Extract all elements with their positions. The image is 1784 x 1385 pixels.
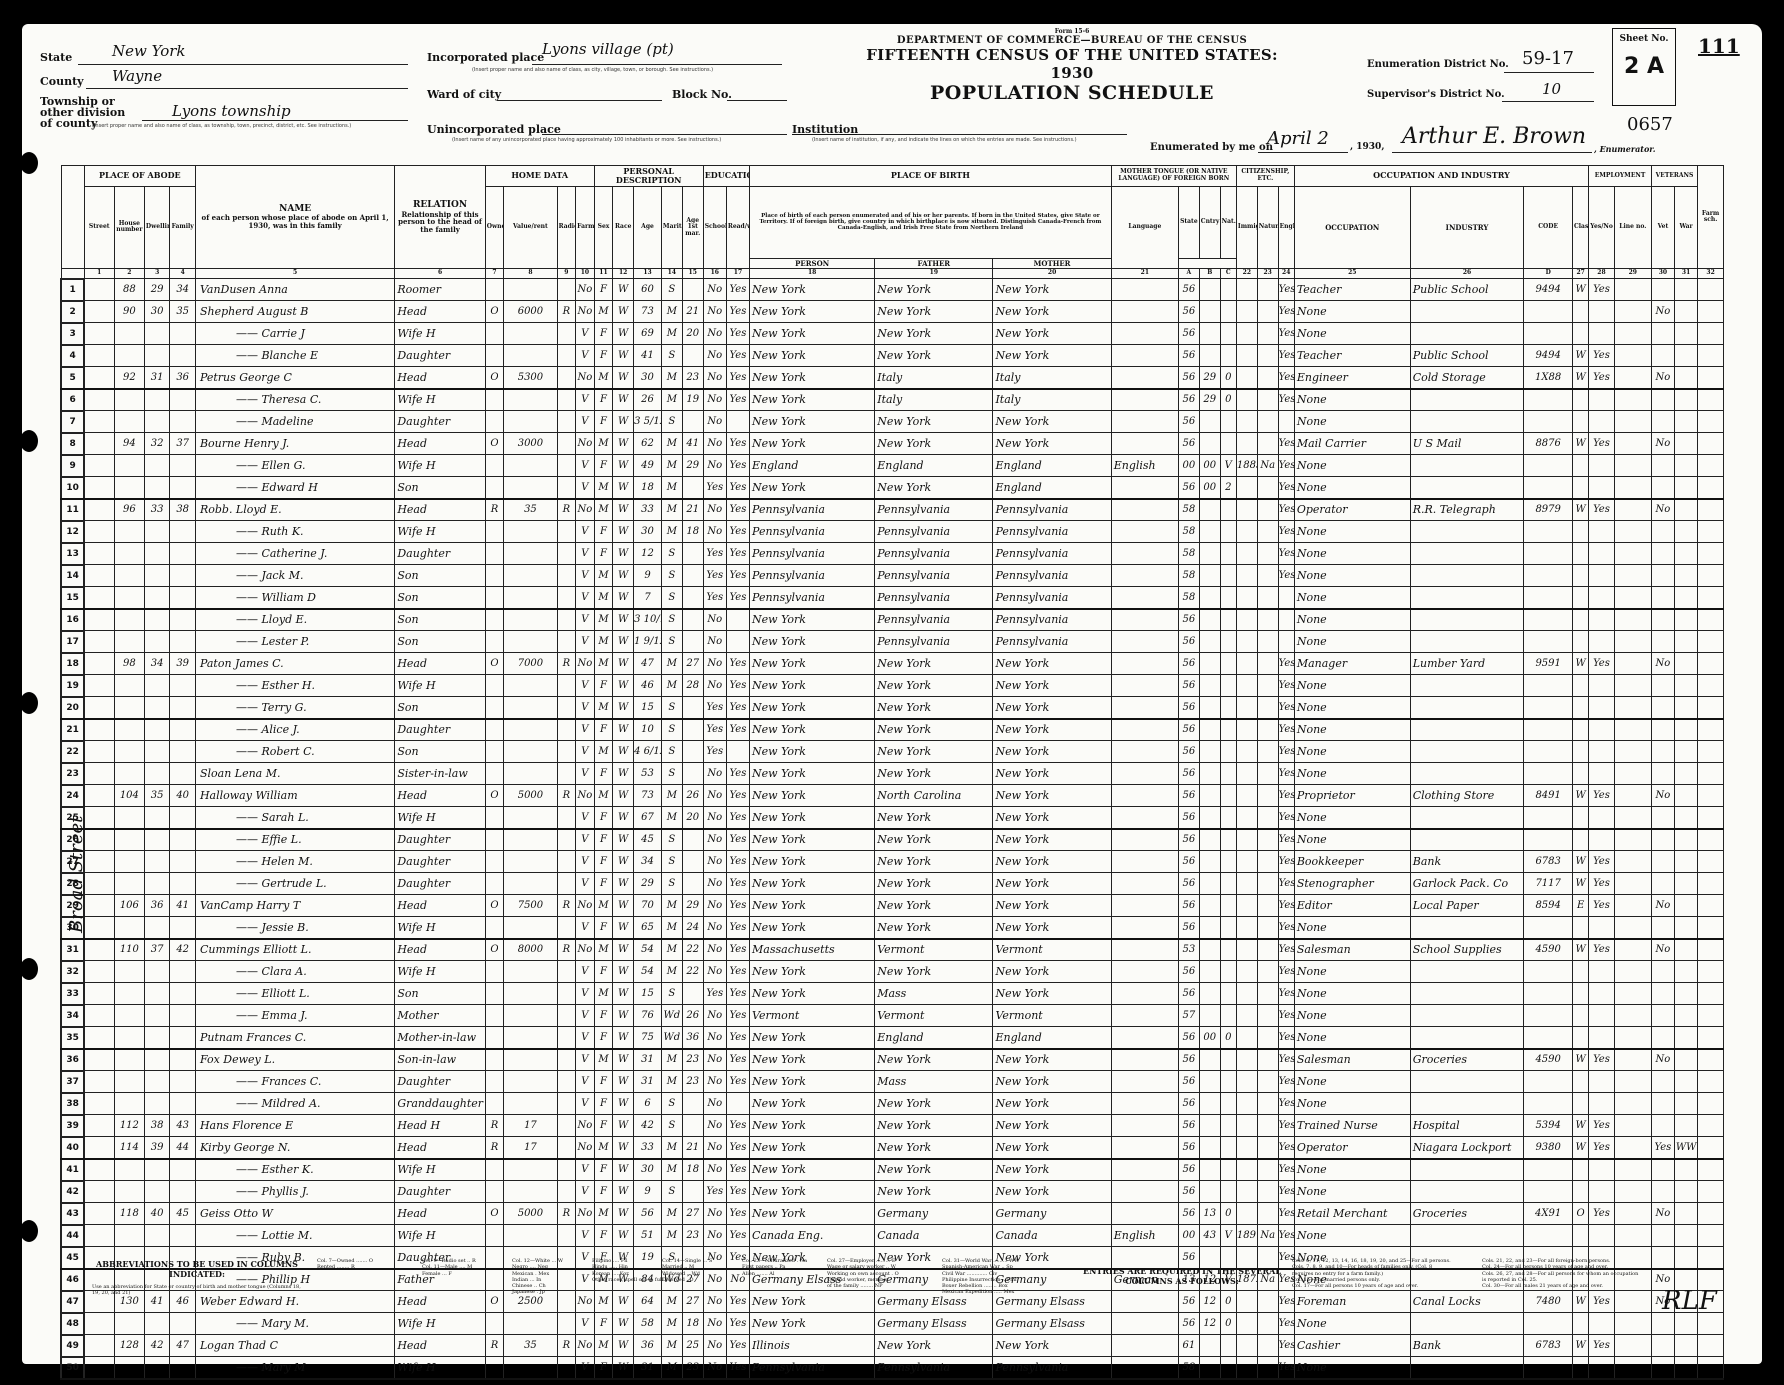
dwelling-number bbox=[144, 917, 170, 939]
farm-schedule bbox=[1698, 1225, 1724, 1247]
relation: Wife H bbox=[395, 1225, 485, 1247]
table-row: 9—— Ellen G.Wife HVFW49M29NoYesEnglandEn… bbox=[61, 455, 1724, 477]
speaks-english: Yes bbox=[1278, 345, 1294, 367]
age: 76 bbox=[634, 1005, 662, 1027]
street-cell bbox=[84, 1335, 114, 1357]
immigration-year bbox=[1236, 631, 1257, 653]
code-b: 43 bbox=[1199, 1225, 1220, 1247]
naturalization bbox=[1257, 1115, 1278, 1137]
employment-header: EMPLOYMENT bbox=[1589, 166, 1652, 187]
unemployment-line bbox=[1614, 521, 1651, 543]
marital-status: M bbox=[661, 389, 682, 411]
family-number bbox=[170, 345, 196, 367]
farm-flag: V bbox=[576, 1049, 595, 1071]
department: DEPARTMENT OF COMMERCE—BUREAU OF THE CEN… bbox=[842, 35, 1302, 46]
home-value bbox=[504, 961, 557, 983]
read-write: Yes bbox=[726, 1027, 749, 1049]
radio-set bbox=[557, 829, 576, 851]
birthplace-father: England bbox=[875, 1027, 993, 1049]
worker-class bbox=[1573, 455, 1589, 477]
employed bbox=[1589, 1313, 1615, 1335]
family-number bbox=[170, 1071, 196, 1093]
sex: F bbox=[594, 807, 613, 829]
employed bbox=[1589, 521, 1615, 543]
farm-schedule bbox=[1698, 785, 1724, 807]
mother-tongue bbox=[1111, 1093, 1178, 1115]
school-attendance: No bbox=[703, 279, 726, 301]
street-cell bbox=[84, 675, 114, 697]
code-b bbox=[1199, 1357, 1220, 1379]
home-value bbox=[504, 807, 557, 829]
marital-status: M bbox=[661, 367, 682, 389]
age: 3 10/12 bbox=[634, 609, 662, 631]
unemployment-line bbox=[1614, 873, 1651, 895]
column-number: B bbox=[1199, 269, 1220, 279]
employed bbox=[1589, 1005, 1615, 1027]
col-code-c: Nat. bbox=[1220, 186, 1236, 258]
punch-hole bbox=[20, 152, 38, 174]
code-a: 58 bbox=[1178, 565, 1199, 587]
school-attendance: No bbox=[703, 917, 726, 939]
marital-status: S bbox=[661, 851, 682, 873]
state-label: State bbox=[40, 51, 72, 64]
street-cell bbox=[84, 543, 114, 565]
house-number bbox=[114, 1005, 144, 1027]
occupation-code bbox=[1524, 609, 1573, 631]
naturalization bbox=[1257, 917, 1278, 939]
relation: Head bbox=[395, 367, 485, 389]
house-number: 92 bbox=[114, 367, 144, 389]
age-first-marriage bbox=[682, 345, 703, 367]
code-a: 56 bbox=[1178, 1203, 1199, 1225]
farm-flag: No bbox=[576, 499, 595, 521]
veteran: No bbox=[1651, 367, 1674, 389]
line-number: 20 bbox=[61, 697, 84, 719]
read-write: Yes bbox=[726, 1335, 749, 1357]
family-number: 43 bbox=[170, 1115, 196, 1137]
age: 54 bbox=[634, 939, 662, 961]
school-attendance: Yes bbox=[703, 741, 726, 763]
marital-status: S bbox=[661, 697, 682, 719]
code-b bbox=[1199, 763, 1220, 785]
read-write: Yes bbox=[726, 1005, 749, 1027]
radio-set bbox=[557, 521, 576, 543]
unemployment-line bbox=[1614, 1203, 1651, 1225]
code-b bbox=[1199, 961, 1220, 983]
sex: M bbox=[594, 785, 613, 807]
farm-schedule bbox=[1698, 631, 1724, 653]
enumerator-code: 0657 bbox=[1627, 114, 1673, 135]
house-number bbox=[114, 851, 144, 873]
punch-hole bbox=[20, 958, 38, 980]
age: 36 bbox=[634, 1335, 662, 1357]
industry bbox=[1410, 565, 1524, 587]
dwelling-number bbox=[144, 961, 170, 983]
line-number: 43 bbox=[61, 1203, 84, 1225]
war bbox=[1675, 851, 1698, 873]
birthplace-mother: New York bbox=[993, 411, 1111, 433]
age-first-marriage: 28 bbox=[682, 675, 703, 697]
code-c: 2 bbox=[1220, 477, 1236, 499]
radio-set: R bbox=[557, 1335, 576, 1357]
industry bbox=[1410, 1005, 1524, 1027]
radio-set bbox=[557, 1005, 576, 1027]
column-number: 19 bbox=[875, 269, 993, 279]
marital-status: S bbox=[661, 609, 682, 631]
farm-schedule bbox=[1698, 1027, 1724, 1049]
birthplace-person: New York bbox=[750, 609, 875, 631]
birthplace-father: New York bbox=[875, 719, 993, 741]
occupation: None bbox=[1294, 1093, 1410, 1115]
age: 70 bbox=[634, 895, 662, 917]
table-row: 22—— Robert C.SonVMW4 6/12SYesNew YorkNe… bbox=[61, 741, 1724, 763]
line-number: 5 bbox=[61, 367, 84, 389]
occupation: Operator bbox=[1294, 499, 1410, 521]
line-number: 39 bbox=[61, 1115, 84, 1137]
unemployment-line bbox=[1614, 433, 1651, 455]
naturalization bbox=[1257, 609, 1278, 631]
war bbox=[1675, 653, 1698, 675]
employed: Yes bbox=[1589, 345, 1615, 367]
house-number: 114 bbox=[114, 1137, 144, 1159]
occupation: Teacher bbox=[1294, 279, 1410, 301]
veteran: No bbox=[1651, 653, 1674, 675]
worker-class: W bbox=[1573, 1137, 1589, 1159]
veteran: No bbox=[1651, 499, 1674, 521]
mother-tongue bbox=[1111, 1357, 1178, 1379]
relation: Head bbox=[395, 433, 485, 455]
employed bbox=[1589, 389, 1615, 411]
veteran: Yes bbox=[1651, 1137, 1674, 1159]
home-tenure bbox=[485, 477, 504, 499]
person-name: Logan Thad C bbox=[195, 1335, 394, 1357]
radio-set bbox=[557, 1071, 576, 1093]
column-number: 10 bbox=[576, 269, 595, 279]
read-write: Yes bbox=[726, 763, 749, 785]
industry bbox=[1410, 829, 1524, 851]
birthplace-father: Vermont bbox=[875, 939, 993, 961]
war bbox=[1675, 345, 1698, 367]
birthplace-father: Germany Elsass bbox=[875, 1313, 993, 1335]
marital-status: M bbox=[661, 477, 682, 499]
birthplace-mother: Pennsylvania bbox=[993, 1357, 1111, 1379]
race: W bbox=[613, 1093, 634, 1115]
person-name: Sloan Lena M. bbox=[195, 763, 394, 785]
veterans-header: VETERANS bbox=[1651, 166, 1697, 187]
relation: Wife H bbox=[395, 323, 485, 345]
family-number: 41 bbox=[170, 895, 196, 917]
dwelling-number bbox=[144, 873, 170, 895]
family-number bbox=[170, 675, 196, 697]
age: 18 bbox=[634, 477, 662, 499]
sex: M bbox=[594, 609, 613, 631]
employed: Yes bbox=[1589, 1203, 1615, 1225]
home-tenure: O bbox=[485, 939, 504, 961]
worker-class bbox=[1573, 587, 1589, 609]
school-attendance: No bbox=[703, 609, 726, 631]
occupation-code bbox=[1524, 631, 1573, 653]
relation: Roomer bbox=[395, 279, 485, 301]
farm-flag: V bbox=[576, 631, 595, 653]
home-value: 5000 bbox=[504, 785, 557, 807]
immigration-year bbox=[1236, 807, 1257, 829]
table-row: 2903035Shepherd August BHeadO6000RNoMW73… bbox=[61, 301, 1724, 323]
age: 10 bbox=[634, 719, 662, 741]
col-father: FATHER bbox=[875, 258, 993, 269]
birthplace-person: New York bbox=[750, 1093, 875, 1115]
worker-class bbox=[1573, 521, 1589, 543]
home-value: 6000 bbox=[504, 301, 557, 323]
immigration-year bbox=[1236, 301, 1257, 323]
ed-label: Enumeration District No. bbox=[1367, 59, 1509, 70]
code-b bbox=[1199, 807, 1220, 829]
table-row: 391123843Hans Florence EHead HR17NoFW42S… bbox=[61, 1115, 1724, 1137]
farm-schedule bbox=[1698, 323, 1724, 345]
col-language: Language bbox=[1111, 186, 1178, 269]
industry bbox=[1410, 609, 1524, 631]
radio-set bbox=[557, 411, 576, 433]
industry: School Supplies bbox=[1410, 939, 1524, 961]
relation: Head bbox=[395, 939, 485, 961]
employed bbox=[1589, 301, 1615, 323]
read-write bbox=[726, 631, 749, 653]
age-first-marriage bbox=[682, 279, 703, 301]
code-a: 00 bbox=[1178, 455, 1199, 477]
occupation-code: 9494 bbox=[1524, 345, 1573, 367]
code-b bbox=[1199, 301, 1220, 323]
marital-status: M bbox=[661, 1225, 682, 1247]
occupation: None bbox=[1294, 1357, 1410, 1379]
worker-class: W bbox=[1573, 499, 1589, 521]
speaks-english: Yes bbox=[1278, 851, 1294, 873]
race: W bbox=[613, 477, 634, 499]
code-a: 56 bbox=[1178, 367, 1199, 389]
home-tenure bbox=[485, 411, 504, 433]
age: 51 bbox=[634, 1225, 662, 1247]
code-a: 56 bbox=[1178, 1027, 1199, 1049]
veteran bbox=[1651, 1357, 1674, 1379]
code-a: 56 bbox=[1178, 983, 1199, 1005]
code-c bbox=[1220, 917, 1236, 939]
unemployment-line bbox=[1614, 719, 1651, 741]
unincorporated-label: Unincorporated place bbox=[427, 123, 561, 136]
occupation-code bbox=[1524, 1357, 1573, 1379]
column-number: 15 bbox=[682, 269, 703, 279]
occupation: Teacher bbox=[1294, 345, 1410, 367]
street-cell bbox=[84, 1005, 114, 1027]
speaks-english: Yes bbox=[1278, 1313, 1294, 1335]
col-age-married: Age 1st mar. bbox=[682, 186, 703, 269]
mother-tongue bbox=[1111, 1335, 1178, 1357]
home-tenure: O bbox=[485, 785, 504, 807]
occupation: Salesman bbox=[1294, 1049, 1410, 1071]
sex: F bbox=[594, 345, 613, 367]
relation: Head bbox=[395, 653, 485, 675]
family-number bbox=[170, 521, 196, 543]
family-number bbox=[170, 741, 196, 763]
speaks-english: Yes bbox=[1278, 455, 1294, 477]
farm-flag: V bbox=[576, 389, 595, 411]
mother-tongue bbox=[1111, 873, 1178, 895]
col-read-write: Read/write bbox=[726, 186, 749, 269]
col-class: Class bbox=[1573, 186, 1589, 269]
col-dwelling: Dwelling bbox=[144, 186, 170, 269]
marital-status: M bbox=[661, 1071, 682, 1093]
naturalization bbox=[1257, 301, 1278, 323]
dwelling-number bbox=[144, 1071, 170, 1093]
farm-schedule-header: Farm sch. bbox=[1698, 166, 1724, 269]
dwelling-number: 37 bbox=[144, 939, 170, 961]
age: 73 bbox=[634, 301, 662, 323]
immigration-year bbox=[1236, 411, 1257, 433]
read-write bbox=[726, 1093, 749, 1115]
read-write: Yes bbox=[726, 895, 749, 917]
home-value bbox=[504, 675, 557, 697]
farm-flag: V bbox=[576, 1159, 595, 1181]
code-b bbox=[1199, 521, 1220, 543]
birthplace-person: New York bbox=[750, 983, 875, 1005]
mother-tongue bbox=[1111, 653, 1178, 675]
sex: M bbox=[594, 301, 613, 323]
home-value bbox=[504, 1071, 557, 1093]
farm-flag: V bbox=[576, 587, 595, 609]
radio-set bbox=[557, 367, 576, 389]
farm-schedule bbox=[1698, 741, 1724, 763]
age-first-marriage: 19 bbox=[682, 389, 703, 411]
age-first-marriage: 23 bbox=[682, 1357, 703, 1379]
race: W bbox=[613, 1071, 634, 1093]
person-name: —— Mary M. bbox=[195, 1313, 394, 1335]
street-cell bbox=[84, 1071, 114, 1093]
home-value bbox=[504, 1225, 557, 1247]
dwelling-number: 30 bbox=[144, 301, 170, 323]
occupation-code bbox=[1524, 1093, 1573, 1115]
table-row: 35Putnam Frances C.Mother-in-lawVFW75Wd3… bbox=[61, 1027, 1724, 1049]
school-attendance: No bbox=[703, 763, 726, 785]
occupation: None bbox=[1294, 543, 1410, 565]
speaks-english: Yes bbox=[1278, 301, 1294, 323]
age-first-marriage bbox=[682, 631, 703, 653]
veteran: No bbox=[1651, 1203, 1674, 1225]
veteran bbox=[1651, 323, 1674, 345]
occupation: None bbox=[1294, 697, 1410, 719]
birthplace-father: New York bbox=[875, 961, 993, 983]
code-c: 0 bbox=[1220, 367, 1236, 389]
person-name: —— Emma J. bbox=[195, 1005, 394, 1027]
age-first-marriage: 36 bbox=[682, 1027, 703, 1049]
age-first-marriage bbox=[682, 477, 703, 499]
farm-schedule bbox=[1698, 983, 1724, 1005]
occupation: None bbox=[1294, 323, 1410, 345]
abbr-col12: Col. 12—White ... W Negro .... Neg Mexic… bbox=[512, 1258, 563, 1296]
birthplace-mother: New York bbox=[993, 1181, 1111, 1203]
unemployment-line bbox=[1614, 785, 1651, 807]
sex: F bbox=[594, 1115, 613, 1137]
sex: F bbox=[594, 1313, 613, 1335]
code-a: 58 bbox=[1178, 521, 1199, 543]
radio-set bbox=[557, 389, 576, 411]
unemployment-line bbox=[1614, 1313, 1651, 1335]
radio-set bbox=[557, 807, 576, 829]
radio-set bbox=[557, 433, 576, 455]
farm-flag: V bbox=[576, 1313, 595, 1335]
unemployment-line bbox=[1614, 631, 1651, 653]
speaks-english: Yes bbox=[1278, 389, 1294, 411]
industry: Cold Storage bbox=[1410, 367, 1524, 389]
school-attendance: Yes bbox=[703, 1181, 726, 1203]
age-first-marriage: 23 bbox=[682, 367, 703, 389]
birthplace-person: Pennsylvania bbox=[750, 587, 875, 609]
farm-flag: V bbox=[576, 719, 595, 741]
line-number: 13 bbox=[61, 543, 84, 565]
age-first-marriage: 29 bbox=[682, 895, 703, 917]
school-attendance: No bbox=[703, 1137, 726, 1159]
farm-schedule bbox=[1698, 1159, 1724, 1181]
sheet-number: 2 A bbox=[1613, 54, 1675, 79]
street-cell bbox=[84, 609, 114, 631]
farm-schedule bbox=[1698, 1115, 1724, 1137]
farm-flag: V bbox=[576, 807, 595, 829]
home-tenure bbox=[485, 389, 504, 411]
relation: Head bbox=[395, 1335, 485, 1357]
code-c bbox=[1220, 939, 1236, 961]
farm-flag: V bbox=[576, 565, 595, 587]
war bbox=[1675, 1115, 1698, 1137]
school-attendance: No bbox=[703, 345, 726, 367]
code-a: 56 bbox=[1178, 829, 1199, 851]
immigration-year bbox=[1236, 1115, 1257, 1137]
naturalization bbox=[1257, 741, 1278, 763]
family-number: 44 bbox=[170, 1137, 196, 1159]
entries-required-title: ENTRIES ARE REQUIRED IN THE SEVERAL COLU… bbox=[1082, 1266, 1282, 1287]
worker-class bbox=[1573, 983, 1589, 1005]
race: W bbox=[613, 807, 634, 829]
farm-flag: V bbox=[576, 741, 595, 763]
marital-status: M bbox=[661, 917, 682, 939]
occupation-code bbox=[1524, 675, 1573, 697]
naturalization bbox=[1257, 1357, 1278, 1379]
occupation: None bbox=[1294, 917, 1410, 939]
code-c bbox=[1220, 323, 1236, 345]
sheet-label: Sheet No. bbox=[1613, 34, 1675, 44]
dwelling-number: 34 bbox=[144, 653, 170, 675]
occupation-code: 9494 bbox=[1524, 279, 1573, 301]
farm-flag: V bbox=[576, 1181, 595, 1203]
naturalization bbox=[1257, 1159, 1278, 1181]
war bbox=[1675, 499, 1698, 521]
farm-flag: V bbox=[576, 543, 595, 565]
occupation-code bbox=[1524, 1027, 1573, 1049]
race: W bbox=[613, 1357, 634, 1379]
naturalization bbox=[1257, 565, 1278, 587]
dwelling-number bbox=[144, 807, 170, 829]
street-cell bbox=[84, 499, 114, 521]
family-number: 39 bbox=[170, 653, 196, 675]
industry bbox=[1410, 675, 1524, 697]
mother-tongue bbox=[1111, 521, 1178, 543]
line-number: 18 bbox=[61, 653, 84, 675]
occupation: None bbox=[1294, 807, 1410, 829]
code-a: 56 bbox=[1178, 1159, 1199, 1181]
industry bbox=[1410, 1071, 1524, 1093]
code-c bbox=[1220, 873, 1236, 895]
worker-class bbox=[1573, 631, 1589, 653]
home-value bbox=[504, 873, 557, 895]
family-number: 45 bbox=[170, 1203, 196, 1225]
age-first-marriage: 20 bbox=[682, 807, 703, 829]
veteran bbox=[1651, 1005, 1674, 1027]
home-tenure bbox=[485, 719, 504, 741]
